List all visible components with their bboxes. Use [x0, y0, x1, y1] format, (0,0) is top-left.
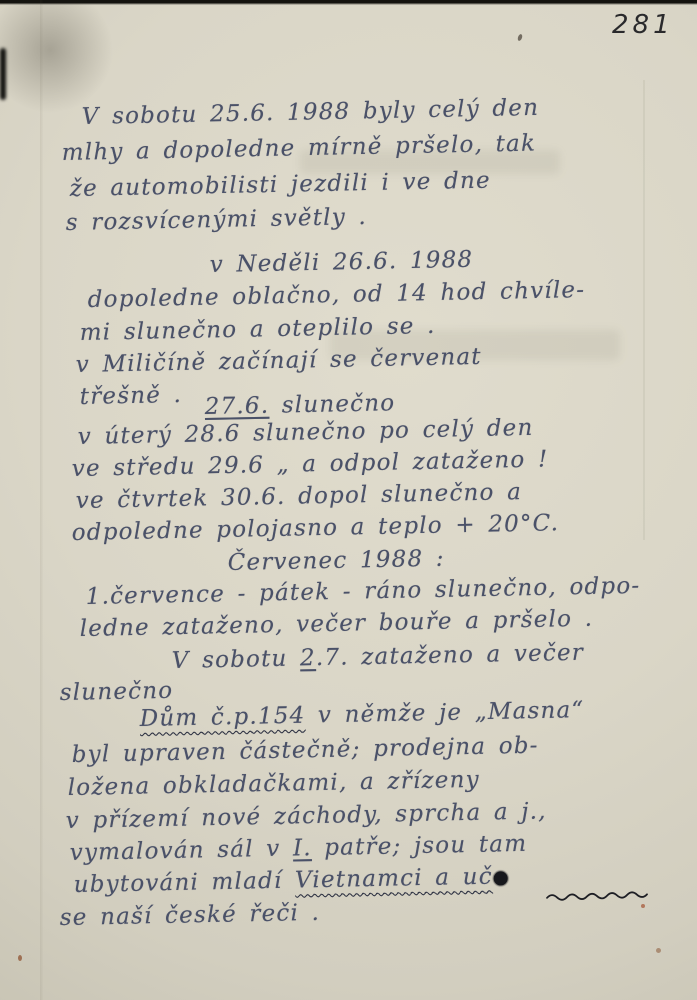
wavy-flourish [545, 884, 654, 907]
line-text: v přízemí nové záchody, sprcha a j., [65, 798, 546, 834]
entry-heading-27-6: 27.6. slunečno [204, 390, 395, 420]
diary-line: ve čtvrtek 30.6. dopol slunečno a [75, 479, 522, 514]
line-text: ve čtvrtek 30.6. dopol slunečno a [75, 479, 522, 514]
paper-crease-left [40, 0, 43, 1000]
photo-edge-left [0, 48, 6, 100]
diary-line: v úterý 28.6 slunečno po celý den [77, 415, 533, 450]
heading-text: slunečno [269, 390, 396, 419]
diary-line: v přízemí nové záchody, sprcha a j., [65, 798, 546, 834]
diary-line: v Miličíně začínají se červenat [75, 344, 482, 378]
entry-heading-cervenec: Červenec 1988 : [227, 546, 445, 576]
line-text: v Miličíně začínají se červenat [75, 344, 482, 378]
diary-line: se naší české řeči . [59, 900, 320, 931]
underlined-day: 2 [300, 645, 316, 671]
diary-line: ubytováni mladí Vietnamci a uč [73, 863, 508, 898]
diary-line: 1.července - pátek - ráno slunečno, odpo… [85, 573, 640, 610]
line-text: .7. zataženo a večer [316, 640, 585, 671]
diary-line: odpoledne polojasno a teplo + 20°C. [71, 510, 559, 546]
wavy-underlined-text: Dům č.p.154 [139, 703, 305, 732]
line-text: ubytováni mladí [73, 868, 295, 898]
line-text: že automobilisti jezdili i ve dne [69, 168, 491, 202]
diary-line: V sobotu 2.7. zataženo a večer [171, 640, 584, 674]
paper-speck [641, 904, 645, 908]
line-text: v němže je „Masna“ [305, 697, 584, 729]
diary-line: ledne zataženo, večer bouře a pršelo . [79, 606, 593, 642]
line-text: ve středu 29.6 „ a odpol zataženo ! [71, 446, 548, 482]
diary-line: třešně . [79, 382, 182, 410]
line-text: ložena obkladačkami, a zřízeny [67, 767, 480, 801]
manuscript-page-photo: 281 V sobotu 25.6. 1988 byly celý den ml… [0, 0, 697, 1000]
line-text: slunečno [59, 678, 173, 706]
heading-text: Červenec 1988 : [227, 546, 445, 576]
line-text: vymalován sál v [69, 836, 293, 866]
line-text: s rozsvícenými světly . [65, 204, 367, 236]
page-number: 281 [612, 10, 674, 40]
line-text: odpoledne polojasno a teplo + 20°C. [71, 510, 559, 546]
diary-line: Dům č.p.154 v němže je „Masna“ [139, 697, 584, 732]
paper-speck [656, 948, 661, 953]
line-text: 1.července - pátek - ráno slunečno, odpo… [85, 573, 640, 610]
line-text: V sobotu [171, 645, 300, 674]
paper-speck [18, 955, 22, 961]
heading-text: v Neděli 26.6. 1988 [209, 247, 473, 278]
wavy-underlined-text: Vietnamci a uč [295, 864, 493, 894]
heading-date: 27.6. [204, 393, 269, 420]
entry-heading-nedele: v Neděli 26.6. 1988 [209, 247, 473, 278]
diary-line: slunečno [59, 678, 173, 706]
diary-line: s rozsvícenými světly . [65, 204, 367, 236]
wavy-flourish-stroke [545, 887, 653, 903]
line-text: ledne zataženo, večer bouře a pršelo . [79, 606, 593, 642]
line-text: v úterý 28.6 slunečno po celý den [77, 415, 533, 450]
underlined-roman-numeral: I. [293, 835, 312, 861]
paper-crease-right [643, 80, 645, 540]
diary-line: vymalován sál v I. patře; jsou tam [69, 831, 527, 866]
diary-line: dopoledne oblačno, od 14 hod chvíle- [87, 277, 585, 313]
line-text: třešně . [79, 382, 182, 410]
diary-line: ve středu 29.6 „ a odpol zataženo ! [71, 446, 548, 482]
line-text: se naší české řeči . [59, 900, 320, 931]
line-text: V sobotu 25.6. 1988 byly celý den [81, 95, 539, 130]
paper-speck [517, 34, 523, 42]
line-text: dopoledne oblačno, od 14 hod chvíle- [87, 277, 585, 313]
diary-line: že automobilisti jezdili i ve dne [69, 168, 491, 202]
diary-line: ložena obkladačkami, a zřízeny [67, 767, 480, 801]
line-text: patře; jsou tam [311, 831, 527, 861]
diary-line: V sobotu 25.6. 1988 byly celý den [81, 95, 539, 130]
ink-blot [494, 871, 508, 885]
line-text: byl upraven částečně; prodejna ob- [71, 733, 538, 768]
diary-line: byl upraven částečně; prodejna ob- [71, 733, 538, 768]
